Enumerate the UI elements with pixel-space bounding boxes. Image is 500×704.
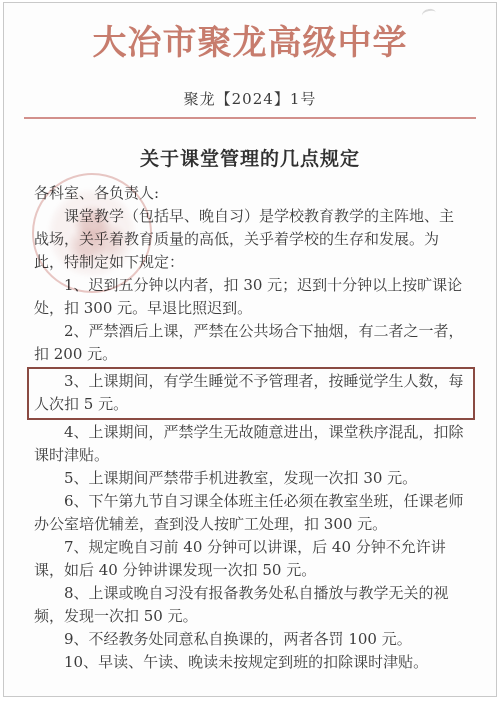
regulation-item-1: 1、迟到五分钟以内者，扣 30 元；迟到十分钟以上按旷课论处，扣 300 元。早… [34,274,466,320]
regulation-item-9: 9、不经教务处同意私自换课的，两者各罚 100 元。 [34,628,466,651]
document-body: 各科室、各负责人: 课堂教学（包括早、晚自习）是学校教育教学的主阵地、主战场，关… [34,182,466,674]
regulation-item-3: 3、上课期间，有学生睡觉不予管理者，按睡觉学生人数，每人次扣 5 元。 [27,367,475,420]
regulation-item-4: 4、上课期间，严禁学生无故随意进出，课堂秩序混乱，扣除课时津贴。 [34,421,466,467]
regulations-list: 1、迟到五分钟以内者，扣 30 元；迟到十分钟以上按旷课论处，扣 300 元。早… [34,274,466,674]
scan-smudge [421,8,437,21]
header-divider [24,117,476,119]
regulation-item-7: 7、规定晚自习前 40 分钟可以讲课，后 40 分钟不允许讲课，如后 40 分钟… [34,536,466,582]
intro-paragraph: 课堂教学（包括早、晚自习）是学校教育教学的主阵地、主战场，关乎着教育质量的高低，… [34,205,466,274]
regulation-item-8: 8、上课或晚自习没有报备教务处私自播放与教学无关的视频，发现一次扣 50 元。 [34,582,466,628]
regulation-item-5: 5、上课期间严禁带手机进教室，发现一次扣 30 元。 [34,467,466,490]
salutation: 各科室、各负责人: [34,182,466,205]
document-page: 大冶市聚龙高级中学 聚龙【2024】1号 关于课堂管理的几点规定 各科室、各负责… [3,2,497,697]
document-number: 聚龙【2024】1号 [4,88,496,109]
school-name-header: 大冶市聚龙高级中学 [4,21,496,65]
document-title: 关于课堂管理的几点规定 [4,144,496,171]
regulation-item-10: 10、早读、午读、晚读未按规定到班的扣除课时津贴。 [34,651,466,674]
regulation-item-2: 2、严禁酒后上课，严禁在公共场合下抽烟，有二者之一者，扣 200 元。 [34,320,466,366]
regulation-item-6: 6、下午第九节自习课全体班主任必须在教室坐班，任课老师办公室培优辅差，查到没人按… [34,490,466,536]
